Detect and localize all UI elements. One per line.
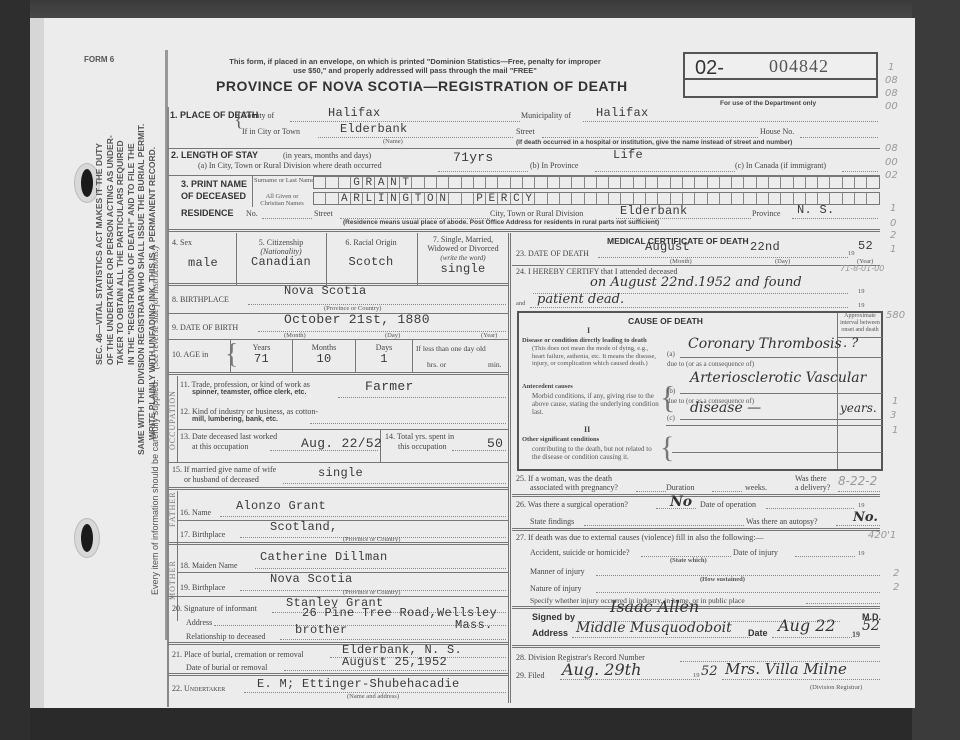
name-letter-cell: Y [523, 193, 535, 204]
cause-a-interval: . ? [843, 336, 858, 351]
name-letter-cell [572, 193, 584, 204]
name-letter-cell: N [388, 177, 400, 188]
name-letter-cell [855, 193, 867, 204]
name-letter-cell: A [375, 177, 387, 188]
stay-in-province: Life [613, 148, 643, 162]
name-letter-cell [609, 193, 621, 204]
age-months: 10 [293, 352, 355, 366]
pencil-note: 1 [892, 425, 898, 436]
pencil-note: 08 [885, 88, 898, 99]
pencil-note: 02 [885, 170, 898, 181]
residence-city: Elderbank [620, 204, 688, 218]
citizenship-value: Canadian [238, 255, 324, 269]
name-letter-cell [781, 177, 793, 188]
total-years-value: 50 [487, 436, 503, 451]
pencil-note: 2 [893, 568, 899, 579]
informant-relationship: brother [295, 623, 348, 637]
name-letter-cell [314, 177, 326, 188]
mother-birthplace: Nova Scotia [270, 572, 353, 586]
name-letter-cell [597, 177, 609, 188]
name-letter-cell [572, 177, 584, 188]
county-value: Halifax [328, 106, 381, 120]
residence-province: N. S. [797, 203, 835, 217]
informant-address-line2: Mass. [455, 618, 493, 632]
name-letter-cell: G [400, 193, 412, 204]
name-letter-cell: N [437, 193, 449, 204]
filed-date: Aug. 29th [562, 660, 641, 679]
name-letter-cell [867, 193, 878, 204]
pencil-note: 1 [890, 203, 896, 214]
name-letter-cell [425, 177, 437, 188]
pencil-note: 580 [886, 310, 905, 321]
name-letter-cell [671, 193, 683, 204]
name-letter-cell [830, 177, 842, 188]
name-letter-cell [437, 177, 449, 188]
residence-label: RESIDENCE [181, 208, 234, 218]
pencil-note: 71-8-01-00 [840, 264, 884, 273]
city-value: Elderbank [340, 122, 408, 136]
name-letter-cell [462, 177, 474, 188]
name-letter-cell [708, 177, 720, 188]
registration-number: 004842 [769, 56, 829, 77]
occupation-value: Farmer [365, 379, 414, 394]
margin-instructions: SEC. 46—VITAL STATISTICS ACT MAKES IT TH… [94, 124, 157, 515]
autopsy-value: No. [853, 510, 878, 525]
scan-background-left [0, 0, 30, 740]
filed-year: 52 [701, 664, 718, 679]
name-letter-cell [634, 193, 646, 204]
name-letter-cell: C [511, 193, 523, 204]
pencil-note: 420'1 [868, 530, 896, 541]
surname-letter-grid: GRANT [313, 176, 880, 189]
name-letter-cell: R [351, 193, 363, 204]
name-letter-cell [757, 193, 769, 204]
name-letter-cell [732, 177, 744, 188]
name-letter-cell [326, 177, 338, 188]
mother-maiden-name: Catherine Dillman [260, 550, 388, 564]
name-letter-cell [548, 193, 560, 204]
deceased-name-label: 3. PRINT NAME OF DECEASED [181, 178, 247, 202]
cause-of-death-heading: CAUSE OF DEATH [628, 316, 703, 326]
certify-statement-line1: on August 22nd.1952 and found [590, 275, 802, 290]
name-letter-cell [720, 177, 732, 188]
racial-origin-value: Scotch [328, 255, 414, 269]
name-letter-cell [708, 193, 720, 204]
name-letter-cell [597, 193, 609, 204]
registration-prefix: 02- [695, 57, 724, 80]
occupation-section-label: OCCUPATION [168, 390, 177, 450]
burial-date: August 25,1952 [342, 655, 447, 669]
name-letter-cell [757, 177, 769, 188]
name-letter-cell: A [339, 193, 351, 204]
pencil-note: 2 [890, 230, 896, 241]
name-letter-cell: O [425, 193, 437, 204]
page-title: PROVINCE OF NOVA SCOTIA—REGISTRATION OF … [216, 78, 628, 94]
name-letter-cell: N [388, 193, 400, 204]
name-letter-cell [535, 177, 547, 188]
name-letter-cell [486, 177, 498, 188]
death-year: 52 [858, 239, 873, 253]
binder-hole-icon [74, 518, 100, 558]
marital-status-value: single [419, 262, 507, 276]
name-letter-cell [732, 193, 744, 204]
name-letter-cell [511, 177, 523, 188]
name-letter-cell [646, 193, 658, 204]
name-letter-cell: R [498, 193, 510, 204]
name-letter-cell [560, 177, 572, 188]
death-day: 22nd [750, 240, 780, 254]
name-letter-cell: T [412, 193, 424, 204]
name-letter-cell [585, 193, 597, 204]
margin-note: Every item of information should be care… [150, 246, 161, 595]
cause-b-value: Arteriosclerotic Vascular [690, 370, 866, 386]
name-letter-cell [609, 177, 621, 188]
place-of-death-label: 1. PLACE OF DEATH [170, 110, 228, 120]
signature-date: Aug 22 [778, 616, 836, 635]
name-letter-cell [843, 177, 855, 188]
pencil-note: 2 [893, 582, 899, 593]
age-days: 1 [356, 352, 412, 366]
name-letter-cell: L [363, 193, 375, 204]
signature-year: 52 [862, 618, 880, 634]
name-letter-cell [695, 177, 707, 188]
pencil-note: 0 [890, 218, 896, 229]
stay-in-division: 71yrs [453, 150, 494, 165]
death-month: August [645, 240, 690, 254]
cause-c-value: disease — [690, 400, 761, 416]
form-number: FORM 6 [84, 55, 114, 64]
name-letter-cell [769, 193, 781, 204]
spouse-value: single [318, 466, 363, 480]
pencil-note: 1 [888, 62, 894, 73]
undertaker-value: E. M; Ettinger-Shubehacadie [257, 677, 460, 691]
name-letter-cell [818, 177, 830, 188]
pencil-note: 8-22-2 [838, 474, 877, 488]
name-letter-cell [449, 177, 461, 188]
last-worked-value: Aug. 22/52 [301, 436, 382, 451]
pencil-note: 1 [892, 396, 898, 407]
cause-bc-interval: years. [840, 401, 877, 415]
department-note: For use of the Department only [720, 100, 816, 107]
name-letter-cell [683, 193, 695, 204]
name-letter-cell: G [351, 177, 363, 188]
name-letter-cell: I [375, 193, 387, 204]
pencil-note: 3 [890, 410, 896, 421]
father-birthplace: Scotland, [270, 520, 338, 534]
name-letter-cell [683, 177, 695, 188]
mother-section-label: MOTHER [168, 560, 177, 600]
name-letter-cell [658, 193, 670, 204]
name-letter-cell [548, 177, 560, 188]
name-letter-cell [855, 177, 867, 188]
length-of-stay-label: 2. LENGTH OF STAY [171, 150, 258, 160]
name-letter-cell [671, 177, 683, 188]
pencil-note: 08 [885, 75, 898, 86]
given-names-letter-grid: ARLINGTONPERCY [313, 192, 880, 205]
sex-value: male [188, 256, 218, 270]
name-letter-cell [449, 193, 461, 204]
physician-address: Middle Musquodoboit [576, 620, 732, 636]
name-letter-cell: E [486, 193, 498, 204]
registration-number-box: 02- 004842 [683, 52, 878, 98]
name-letter-cell [744, 193, 756, 204]
registrar-signature: Mrs. Villa Milne [725, 660, 847, 678]
municipality-value: Halifax [596, 106, 649, 120]
name-letter-cell [535, 193, 547, 204]
cause-a-value: Coronary Thrombosis [688, 336, 842, 352]
name-letter-cell [314, 193, 326, 204]
name-letter-cell [560, 193, 572, 204]
name-letter-cell [769, 177, 781, 188]
name-letter-cell [585, 177, 597, 188]
scan-background-right [912, 0, 960, 740]
date-of-birth-value: October 21st, 1880 [284, 312, 430, 327]
name-letter-cell: P [474, 193, 486, 204]
name-letter-cell [523, 177, 535, 188]
physician-signature: Isaac Allen [610, 597, 699, 616]
name-letter-cell [621, 193, 633, 204]
name-letter-cell [474, 177, 486, 188]
name-letter-cell [634, 177, 646, 188]
name-letter-cell [794, 177, 806, 188]
name-letter-cell [621, 177, 633, 188]
name-letter-cell: R [363, 177, 375, 188]
name-letter-cell [744, 177, 756, 188]
surgical-operation-value: No [670, 494, 692, 510]
name-letter-cell [867, 177, 878, 188]
name-letter-cell [412, 177, 424, 188]
name-letter-cell [646, 177, 658, 188]
name-letter-cell: T [400, 177, 412, 188]
mail-notice: This form, if placed in an envelope, on … [220, 57, 610, 75]
name-letter-cell [806, 177, 818, 188]
father-name: Alonzo Grant [236, 499, 326, 513]
age-years: 71 [231, 352, 292, 366]
name-letter-cell [498, 177, 510, 188]
father-section-label: FATHER [168, 491, 177, 527]
pencil-note: 1 [890, 244, 896, 255]
birthplace-value: Nova Scotia [284, 284, 367, 298]
name-letter-cell [339, 177, 351, 188]
name-letter-cell [843, 193, 855, 204]
name-letter-cell [720, 193, 732, 204]
pencil-note: 00 [885, 157, 898, 168]
name-letter-cell [658, 177, 670, 188]
name-letter-cell [695, 193, 707, 204]
name-letter-cell [326, 193, 338, 204]
name-letter-cell [781, 193, 793, 204]
pencil-note: 00 [885, 101, 898, 112]
name-letter-cell [462, 193, 474, 204]
pencil-note: 08 [885, 143, 898, 154]
certify-statement-line2: patient dead. [537, 292, 624, 307]
